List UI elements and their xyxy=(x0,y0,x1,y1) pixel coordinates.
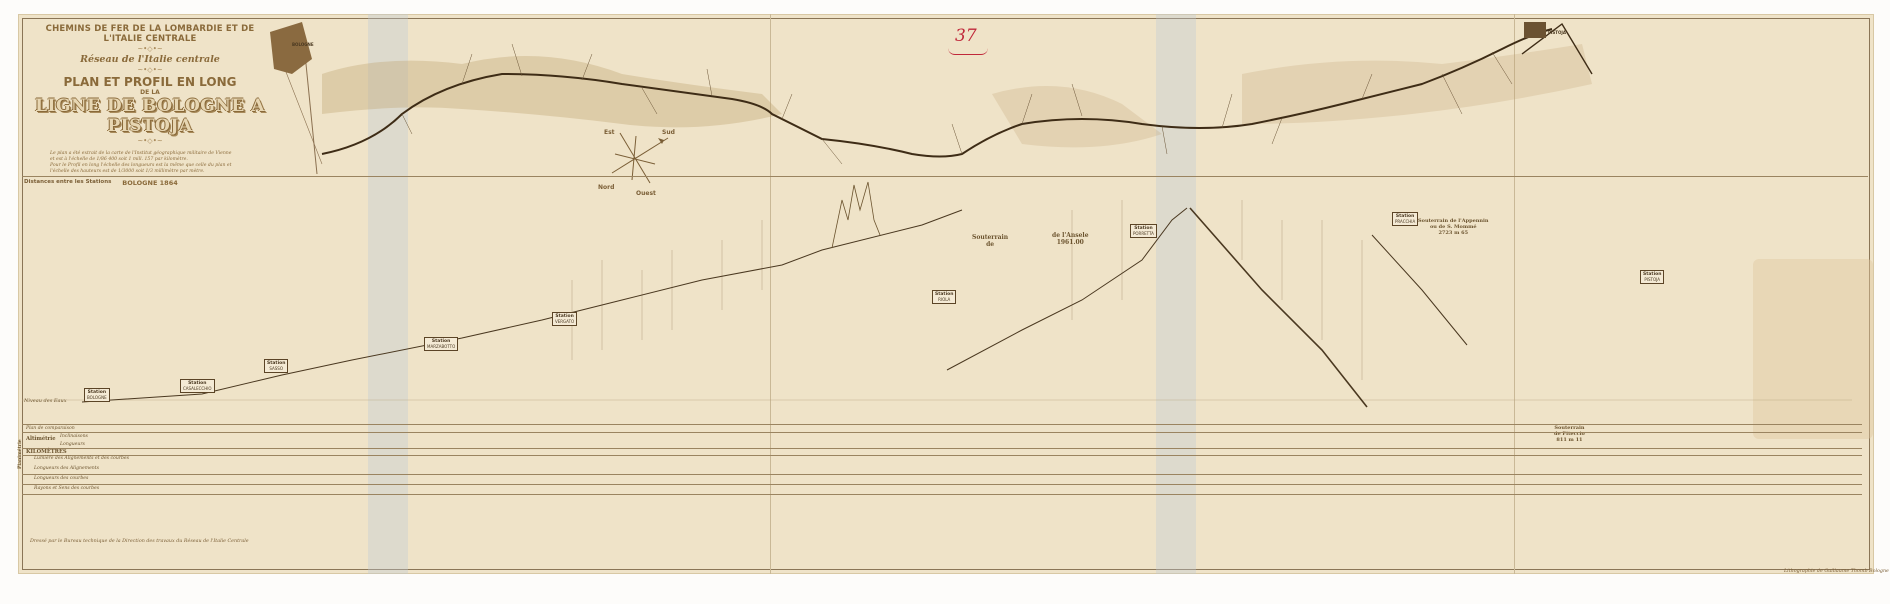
row-label: Longueurs des Alignements xyxy=(34,466,99,471)
station-box: StationVERGATO xyxy=(552,312,577,326)
row-group-label: Altimétrie xyxy=(26,436,56,442)
station-box: StationRIOLA xyxy=(932,290,956,304)
station-box: StationCASALECCHIO xyxy=(180,379,215,393)
station-box: StationPISTOJA xyxy=(1640,270,1664,284)
tunnel-label: de l'Ansele1961.00 xyxy=(1052,232,1089,246)
row-label: Lumière des Alignements et des courbes xyxy=(34,456,129,461)
profile-line-descent xyxy=(1190,208,1367,407)
title-block: CHEMINS DE FER DE LA LOMBARDIE ET DE L'I… xyxy=(30,24,270,187)
city-label-bologne: BOLOGNE xyxy=(292,42,314,47)
profile-data-table: Plan de comparaison Altimétrie Inclinais… xyxy=(22,424,1862,534)
compass-rose-icon xyxy=(610,128,670,188)
station-box: StationSASSO xyxy=(264,359,288,373)
note-line: l'échelle des hauteurs est de 1/3000 soi… xyxy=(50,169,270,175)
company-name: CHEMINS DE FER DE LA LOMBARDIE ET DE L'I… xyxy=(30,24,270,44)
station-box: StationPRACCHIA xyxy=(1392,212,1418,226)
tunnel-profile xyxy=(832,182,880,248)
lithographer-credit: Lithographie de Guillaume Thomb Bologne xyxy=(1784,569,1889,574)
station-box: StationPORRETTA xyxy=(1130,224,1157,238)
pistoja-city xyxy=(1524,22,1546,38)
compass-east: Est xyxy=(604,129,615,136)
row-label: Longueurs xyxy=(60,442,85,447)
datum-label: Niveau des Eaux xyxy=(24,398,67,404)
line-name: LIGNE DE BOLOGNE A PISTOJA xyxy=(30,96,270,136)
scale-notes: Le plan a été extrait de la carte de l'I… xyxy=(30,151,270,175)
station-box: StationMARZABOTTO xyxy=(424,337,458,351)
station-box: StationBOLOGNE xyxy=(84,388,110,402)
network-name: Réseau de l'Italie centrale xyxy=(30,54,270,65)
row-label: Plan de comparaison xyxy=(26,426,75,431)
document-heading: PLAN ET PROFIL EN LONG xyxy=(30,75,270,89)
route-plan-map: BOLOGNE PISTOJA xyxy=(262,14,1702,174)
tunnel-label: Souterrain de l'Appenninou de S. Mommé27… xyxy=(1418,218,1489,236)
ornament: ~•◇•~ xyxy=(30,137,270,145)
heading-connector: DE LA xyxy=(30,89,270,96)
profile-line-descent-2 xyxy=(1372,235,1467,345)
row-group-label: Planimétrie xyxy=(18,439,23,469)
map-profile-divider xyxy=(22,176,1868,177)
footer-credit: Dressé par le Bureau technique de la Dir… xyxy=(30,539,249,544)
ornament: ~•◇•~ xyxy=(30,66,270,74)
profile-line-ascent-1 xyxy=(82,210,962,402)
compass-south: Sud xyxy=(662,129,675,136)
city-label-pistoja: PISTOJA xyxy=(1548,30,1567,35)
row-label: Inclinaisons xyxy=(60,434,88,439)
bologne-city xyxy=(270,22,312,74)
row-label: Longueurs des courbes xyxy=(34,476,88,481)
tunnel-label: Souterrainde xyxy=(972,234,1008,248)
row-label: Rayons et Sens des courbes xyxy=(34,486,99,491)
ornament: ~•◇•~ xyxy=(30,45,270,53)
